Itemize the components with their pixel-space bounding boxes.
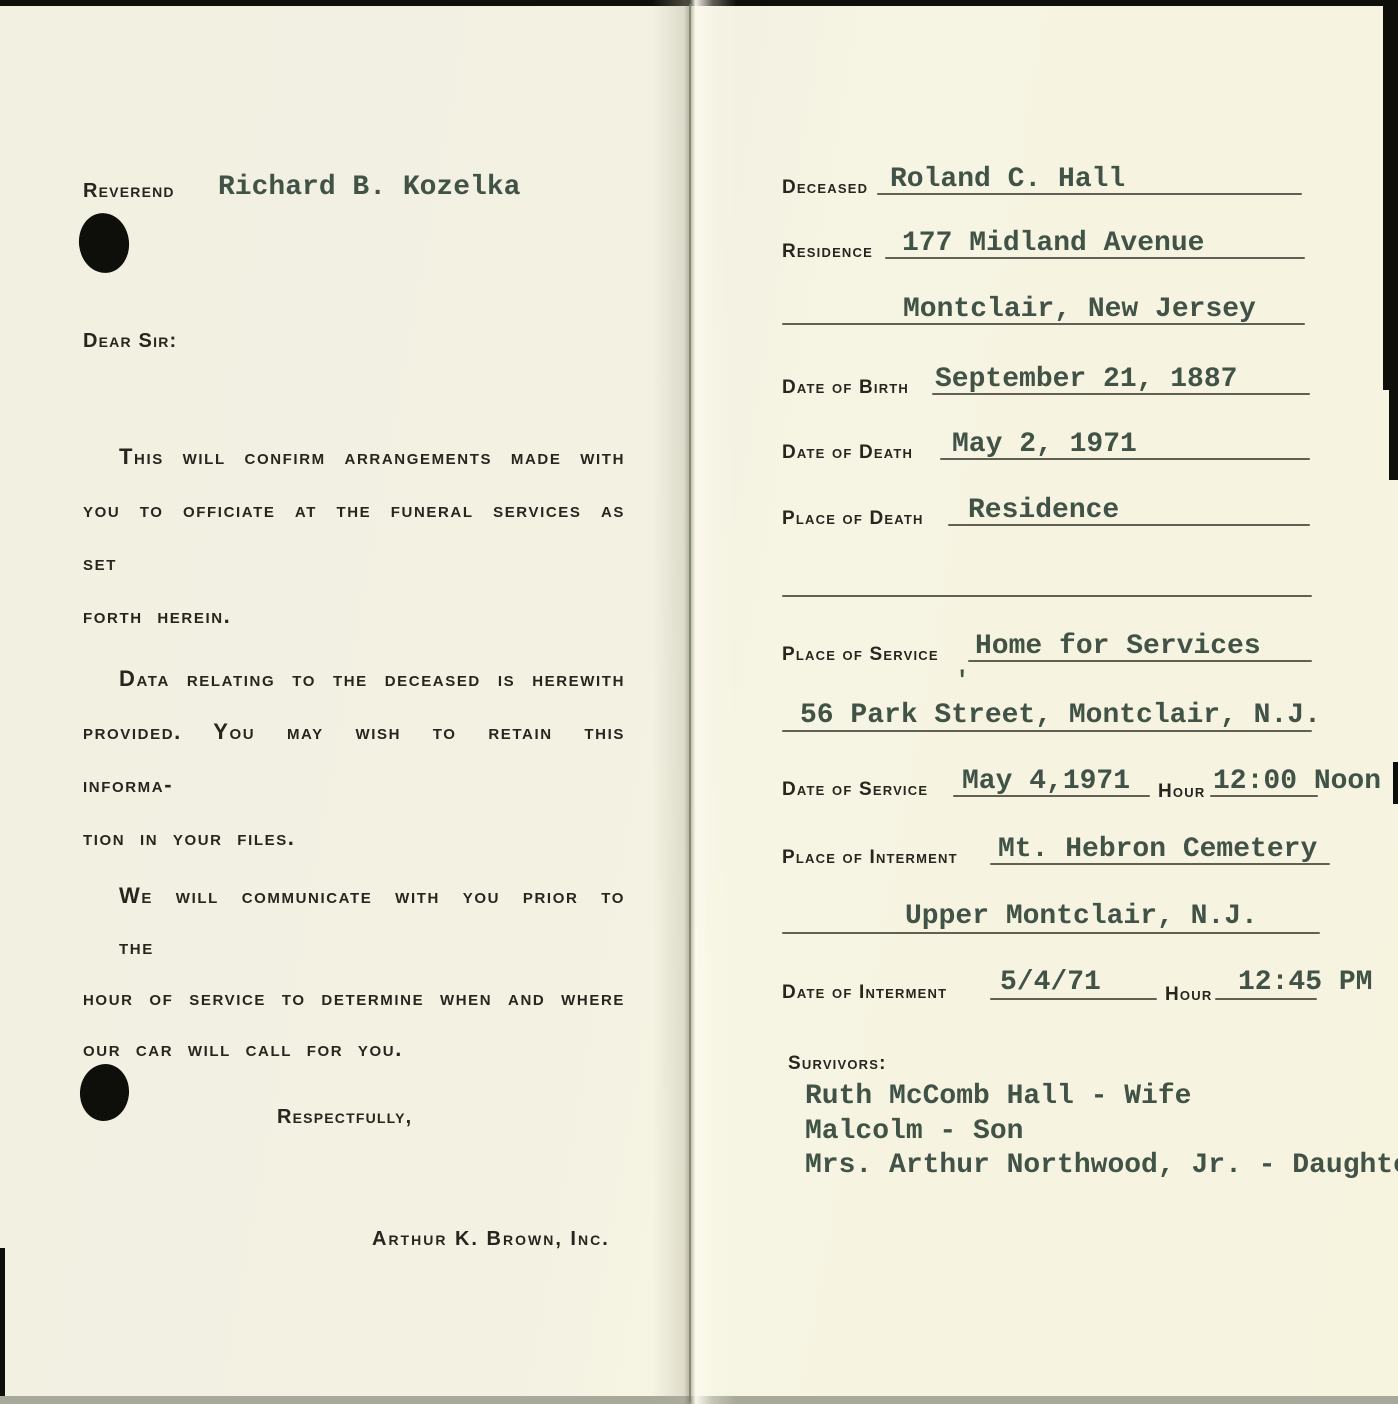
date-of-interment-rule	[990, 998, 1157, 1000]
paragraph-line: This will confirm arrangements made with	[83, 430, 625, 483]
date-of-birth-label: Date of Birth	[782, 377, 909, 399]
interment-hour-rule	[1215, 998, 1317, 1000]
scan-edge-right-corner	[1383, 0, 1398, 390]
date-of-death-label: Date of Death	[782, 442, 913, 464]
scan-edge-right-strip	[1389, 385, 1398, 480]
paragraph-line: hour of service to determine when and wh…	[83, 972, 625, 1023]
letter-paragraph-3: We will communicate with you prior to th…	[83, 870, 625, 1074]
interment-hour-value: 12:45 PM	[1238, 967, 1372, 998]
deceased-value: Roland C. Hall	[890, 164, 1125, 195]
scan-edge-left-bottom	[0, 1248, 5, 1404]
survivor-entry: Ruth McComb Hall - Wife	[805, 1081, 1191, 1112]
place-of-interment-label: Place of Interment	[782, 847, 958, 869]
date-of-service-value: May 4,1971	[962, 766, 1130, 797]
interment-hour-label: Hour	[1165, 984, 1212, 1006]
place-of-service-cont-value: 56 Park Street, Montclair, N.J.	[800, 700, 1321, 731]
place-of-death-value: Residence	[968, 495, 1119, 526]
paragraph-line: Data relating to the deceased is herewit…	[83, 652, 625, 705]
reverend-label: Reverend	[83, 180, 175, 203]
place-of-service-label: Place of Service	[782, 644, 939, 666]
residence-value: 177 Midland Avenue	[902, 228, 1204, 259]
service-hour-value: 12:00 Noon	[1213, 766, 1381, 797]
paragraph-line: you to officiate at the funeral services…	[83, 483, 625, 589]
blank-rule	[782, 595, 1312, 597]
date-of-interment-value: 5/4/71	[1000, 967, 1101, 998]
closing: Respectfully,	[277, 1106, 412, 1129]
stray-typed-mark: '	[955, 668, 969, 695]
place-of-death-label: Place of Death	[782, 508, 924, 530]
place-of-interment-value: Mt. Hebron Cemetery	[998, 834, 1317, 865]
date-of-birth-value: September 21, 1887	[935, 364, 1237, 395]
service-hour-label: Hour	[1158, 781, 1205, 803]
signature: Arthur K. Brown, Inc.	[372, 1228, 610, 1251]
scanned-document: Reverend Richard B. Kozelka Dear Sir: Th…	[0, 0, 1398, 1404]
deceased-label: Deceased	[782, 177, 868, 199]
letter-paragraph-1: This will confirm arrangements made with…	[83, 430, 625, 642]
date-of-interment-label: Date of Interment	[782, 982, 947, 1004]
fold-shading	[652, 0, 736, 1404]
fold-crease-line	[689, 4, 691, 1402]
paragraph-line: forth herein.	[83, 589, 625, 642]
date-of-service-label: Date of Service	[782, 779, 928, 801]
paragraph-line: We will communicate with you prior to th…	[83, 870, 625, 972]
place-of-interment-cont-rule	[782, 932, 1320, 934]
letter-paragraph-2: Data relating to the deceased is herewit…	[83, 652, 625, 864]
scan-edge-right-mark	[1393, 762, 1398, 804]
paragraph-line: tion in your files.	[83, 811, 625, 864]
paragraph-line: our car will call for you.	[83, 1023, 625, 1074]
survivors-label: Survivors:	[788, 1053, 887, 1075]
date-of-death-value: May 2, 1971	[952, 429, 1137, 460]
survivor-entry: Mrs. Arthur Northwood, Jr. - Daughter	[805, 1150, 1398, 1181]
residence-cont-value: Montclair, New Jersey	[903, 294, 1256, 325]
greeting: Dear Sir:	[83, 330, 177, 353]
paragraph-line: provided. You may wish to retain this in…	[83, 705, 625, 811]
residence-label: Residence	[782, 241, 873, 263]
place-of-service-value: Home for Services	[975, 631, 1261, 662]
recipient-name: Richard B. Kozelka	[218, 172, 520, 203]
hole-punch-top	[76, 210, 133, 276]
survivor-entry: Malcolm - Son	[805, 1116, 1023, 1147]
place-of-interment-cont-value: Upper Montclair, N.J.	[905, 901, 1258, 932]
